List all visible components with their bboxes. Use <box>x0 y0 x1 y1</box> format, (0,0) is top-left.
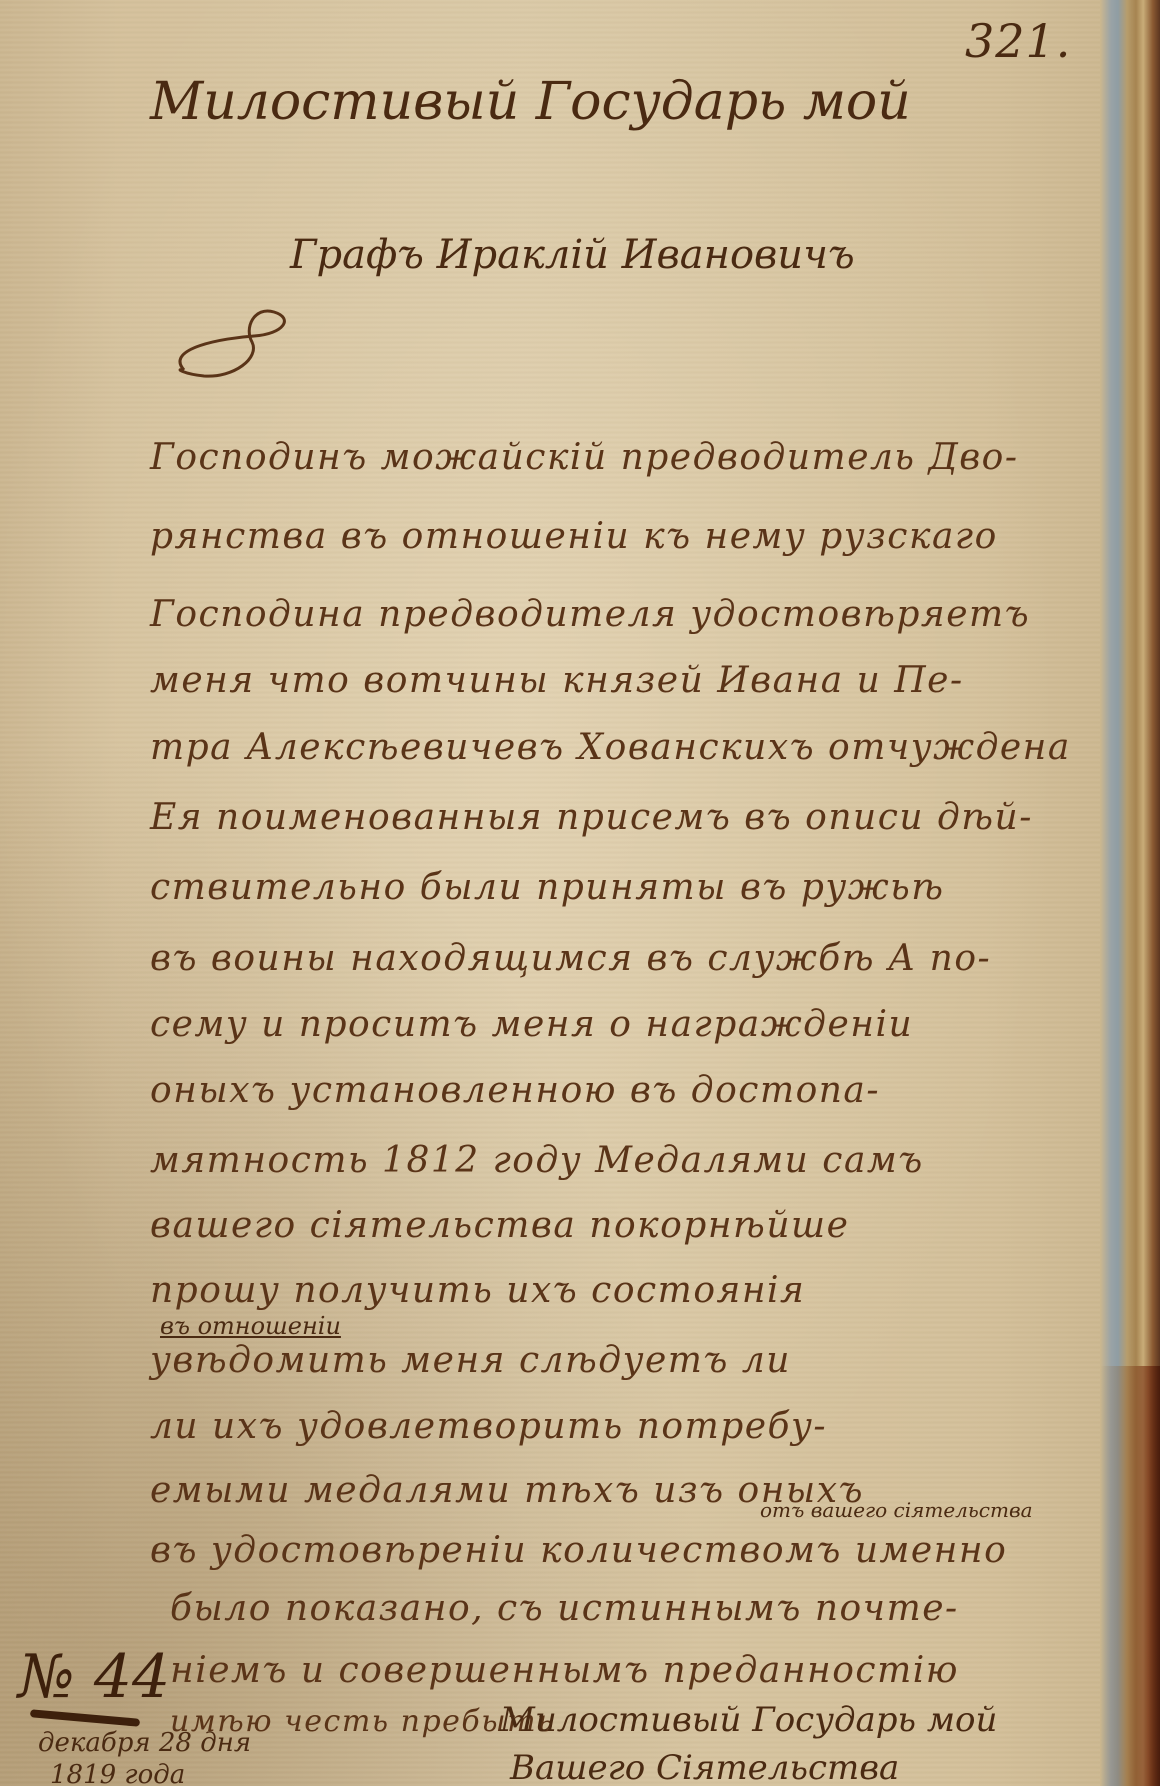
body-line-13: прошу получить ихъ состоянія <box>150 1270 805 1311</box>
margin-date-line-1: декабря 28 дня <box>38 1728 251 1758</box>
body-line-16: емыми медалями тѣхъ изъ оныхъ <box>150 1470 864 1511</box>
margin-number: № 44 <box>18 1642 170 1712</box>
body-line-8: въ воины находящимся въ службѣ А по- <box>150 938 991 979</box>
body-line-14: увѣдомить меня слѣдуетъ ли <box>150 1340 791 1381</box>
body-line-3: Господина предводителя удостовѣряетъ <box>150 594 1030 635</box>
body-line-18: было показано, съ истиннымъ почте- <box>170 1588 959 1629</box>
document-photo: 321. Милостивый Государь мой Графъ Иракл… <box>0 0 1160 1786</box>
body-line-7: ствительно были приняты въ ружьѣ <box>150 867 945 908</box>
body-line-6: Ея поименованныя присемъ въ описи дѣй- <box>150 797 1033 838</box>
body-line-2: рянства въ отношеніи къ нему рузскаго <box>150 516 998 557</box>
body-line-5: тра Алексѣевичевъ Хованскихъ отчуждена <box>150 727 1071 768</box>
body-line-1: Господинъ можайскій предводитель Дво- <box>150 437 1019 478</box>
folio-number: 321. <box>965 14 1071 68</box>
margin-date-line-2: 1819 года <box>50 1760 185 1786</box>
salutation-heading: Милостивый Государь мой <box>150 72 911 132</box>
body-line-17: въ удостовѣреніи количествомъ именно <box>150 1530 1007 1571</box>
body-line-11: мятность 1812 году Медалями самъ <box>150 1140 924 1181</box>
closing-salutation: Милостивый Государь мой <box>500 1700 997 1740</box>
initial-flourish-icon <box>164 308 304 388</box>
body-line-15: ли ихъ удовлетворить потребу- <box>150 1406 827 1447</box>
body-line-12: вашего сіятельства покорнѣйше <box>150 1205 849 1246</box>
body-line-19: ніемъ и совершеннымъ преданностію <box>170 1650 959 1691</box>
body-line-10: оныхъ установленною въ достопа- <box>150 1070 880 1111</box>
salutation-name: Графъ Ираклій Ивановичъ <box>290 232 855 278</box>
book-binding-edge <box>1100 0 1160 1786</box>
closing-title: Вашего Сіятельства <box>510 1748 899 1786</box>
body-line-4: меня что вотчины князей Ивана и Пе- <box>150 660 964 701</box>
marginal-insertion: въ отношеніи <box>160 1312 341 1340</box>
interlinear-insertion: отъ вашего сіятельства <box>760 1498 1033 1522</box>
body-line-9: сему и проситъ меня о награжденіи <box>150 1004 913 1045</box>
